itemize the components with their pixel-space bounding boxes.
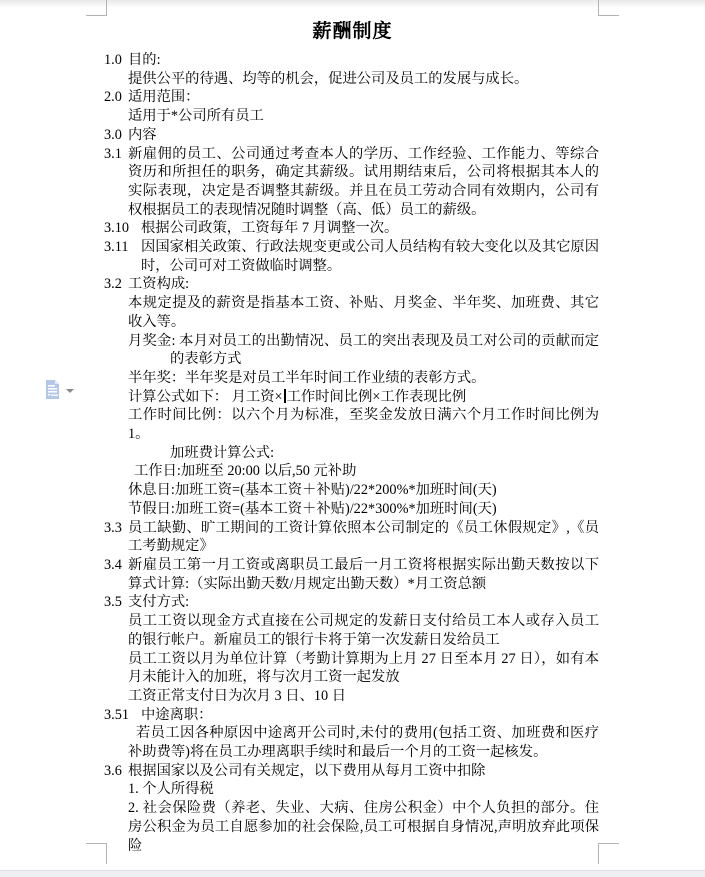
paragraph-text: 工资正常支付日为次月 3 日、10 日	[128, 688, 346, 704]
paragraph-text: 员工工资以月为单位计算（考勤计算期为上月 27 日至本月 27 日），如有本月未…	[128, 651, 599, 686]
paragraph-text: 工资构成:	[128, 276, 189, 292]
list-number: 1.0	[104, 51, 122, 70]
list-number: 3.0	[104, 126, 122, 145]
paragraph-text: 新雇员工第一月工资或离职员工最后一月工资将根据实际出勤天数按以下算式计算:（实际…	[128, 557, 599, 592]
paragraph: 半年奖：半年奖是对员工半年时间工作业绩的表彰方式。	[0, 369, 599, 388]
paragraph-text: 月奖金: 本月对员工的出勤情况、员工的突出表现及员工对公司的贡献而定的表彰方式	[128, 333, 599, 368]
paste-icon	[44, 379, 76, 403]
list-item: 3.3员工缺勤、旷工期间的工资计算依照本公司制定的《员工休假规定》,《员工考勤规…	[0, 519, 599, 556]
paragraph-text: 员工缺勤、旷工期间的工资计算依照本公司制定的《员工休假规定》,《员工考勤规定》	[128, 520, 599, 555]
paragraph-text: 适用范围：	[128, 89, 199, 105]
list-number: 3.2	[104, 275, 122, 294]
paragraph: 员工工资以现金方式直接在公司规定的发薪日支付给员工本人或存入员工的银行帐户。新雇…	[0, 612, 599, 649]
paragraph: 节假日:加班工资=(基本工资＋补贴)/22*300%*加班时间(天)	[0, 500, 599, 519]
paragraph: 员工工资以月为单位计算（考勤计算期为上月 27 日至本月 27 日），如有本月未…	[0, 650, 599, 687]
list-item: 3.11因国家相关政策、行政法规变更或公司人员结构有较大变化以及其它原因时，公司…	[0, 238, 599, 275]
list-number: 3.51	[104, 706, 129, 725]
document-title: 薪酬制度	[0, 16, 705, 43]
paragraph: 休息日:加班工资=(基本工资＋补贴)/22*200%*加班时间(天)	[0, 481, 599, 500]
paragraph: 提供公平的待遇、均等的机会，促进公司及员工的发展与成长。	[0, 70, 599, 89]
paragraph: 工作日:加班至 20:00 以后,50 元补助	[0, 462, 599, 481]
list-item: 3.2工资构成:	[0, 275, 599, 294]
paragraph-text: 工作时间比例：以六个月为标准，至奖金发放日满六个月工作时间比例为 1。	[128, 407, 599, 442]
paragraph-text: 根据公司政策，工资每年 7 月调整一次。	[141, 220, 398, 236]
page: { "document": { "title": "薪酬制度", "paragr…	[0, 0, 705, 877]
list-number: 3.4	[104, 556, 122, 575]
list-number: 3.3	[104, 519, 122, 538]
paragraph-text: 2. 社会保险费（养老、失业、大病、住房公积金）中个人负担的部分。住房公积金为员…	[128, 800, 599, 853]
list-number: 3.6	[104, 762, 122, 781]
paragraph-text: 工作日:加班至 20:00 以后,50 元补助	[134, 463, 356, 479]
paragraph: 若员工因各种原因中途离开公司时,未付的费用(包括工资、加班费和医疗补助费等)将在…	[0, 724, 599, 761]
paragraph-text: 新雇佣的员工、公司通过考查本人的学历、工作经验、工作能力、等综合资历和所担任的职…	[128, 146, 599, 218]
paragraph: 适用于*公司所有员工	[0, 107, 599, 126]
paragraph: 月奖金: 本月对员工的出勤情况、员工的突出表现及员工对公司的贡献而定的表彰方式	[0, 332, 599, 369]
list-item: 1.0目的:	[0, 51, 599, 70]
paragraph: 加班费计算公式:	[0, 444, 599, 463]
paragraph-text: 本规定提及的薪资是指基本工资、补贴、月奖金、半年奖、加班费、其它收入等。	[128, 295, 599, 330]
paragraph-text: 因国家相关政策、行政法规变更或公司人员结构有较大变化以及其它原因时，公司可对工资…	[141, 239, 599, 274]
list-item: 2.0适用范围：	[0, 88, 599, 107]
paragraph-text: 半年奖：半年奖是对员工半年时间工作业绩的表彰方式。	[128, 370, 485, 386]
list-item: 3.5支付方式:	[0, 593, 599, 612]
paste-options-button[interactable]	[44, 379, 76, 403]
list-number: 3.1	[104, 145, 122, 164]
paragraph-text: 根据国家以及公司有关规定，以下费用从每月工资中扣除	[128, 763, 485, 779]
list-item: 3.10根据公司政策，工资每年 7 月调整一次。	[0, 219, 599, 238]
page-gap-strip	[0, 870, 705, 877]
dropdown-arrow-icon	[66, 389, 74, 393]
margin-crop-mark-top-right	[598, 0, 619, 16]
paragraph-text: 1. 个人所得税	[128, 781, 214, 797]
list-number: 3.10	[104, 219, 129, 238]
list-item: 3.1新雇佣的员工、公司通过考查本人的学历、工作经验、工作能力、等综合资历和所担…	[0, 145, 599, 220]
paragraph-text: 工作时间比例×工作表现比例	[287, 389, 467, 405]
paragraph: 本规定提及的薪资是指基本工资、补贴、月奖金、半年奖、加班费、其它收入等。	[0, 294, 599, 331]
paragraph-text: 适用于*公司所有员工	[128, 108, 264, 124]
paragraph: 工作时间比例：以六个月为标准，至奖金发放日满六个月工作时间比例为 1。	[0, 406, 599, 443]
document-body: 1.0目的:提供公平的待遇、均等的机会，促进公司及员工的发展与成长。2.0适用范…	[0, 51, 599, 855]
paragraph-text: 中途离职：	[141, 707, 212, 723]
list-item: 3.6根据国家以及公司有关规定，以下费用从每月工资中扣除	[0, 762, 599, 781]
list-number: 3.5	[104, 593, 122, 612]
list-item: 3.4新雇员工第一月工资或离职员工最后一月工资将根据实际出勤天数按以下算式计算:…	[0, 556, 599, 593]
paragraph-text: 提供公平的待遇、均等的机会，促进公司及员工的发展与成长。	[128, 71, 528, 87]
paragraph-text: 休息日:加班工资=(基本工资＋补贴)/22*200%*加班时间(天)	[128, 482, 497, 498]
paragraph-text: 目的:	[128, 52, 161, 68]
paragraph-text: 节假日:加班工资=(基本工资＋补贴)/22*300%*加班时间(天)	[128, 501, 497, 517]
paragraph-text: 加班费计算公式:	[170, 445, 274, 461]
paragraph-text: 员工工资以现金方式直接在公司规定的发薪日支付给员工本人或存入员工的银行帐户。新雇…	[128, 613, 599, 648]
paragraph-text: 计算公式如下： 月工资×	[128, 389, 283, 405]
margin-crop-mark-bottom-right	[598, 843, 619, 864]
paragraph-text: 支付方式:	[128, 594, 189, 610]
list-number: 3.11	[104, 238, 129, 257]
paragraph: 工资正常支付日为次月 3 日、10 日	[0, 687, 599, 706]
list-item: 3.0内容	[0, 126, 599, 145]
paragraph-text: 若员工因各种原因中途离开公司时,未付的费用(包括工资、加班费和医疗补助费等)将在…	[128, 725, 599, 760]
paragraph-text: 内容	[128, 127, 157, 143]
margin-crop-mark-top-left	[86, 0, 107, 16]
list-item: 3.51中途离职：	[0, 706, 599, 725]
paragraph: 1. 个人所得税	[0, 780, 599, 799]
text-cursor	[284, 389, 286, 403]
paragraph: 计算公式如下： 月工资×工作时间比例×工作表现比例	[0, 388, 599, 407]
paragraph: 2. 社会保险费（养老、失业、大病、住房公积金）中个人负担的部分。住房公积金为员…	[0, 799, 599, 855]
list-number: 2.0	[104, 88, 122, 107]
